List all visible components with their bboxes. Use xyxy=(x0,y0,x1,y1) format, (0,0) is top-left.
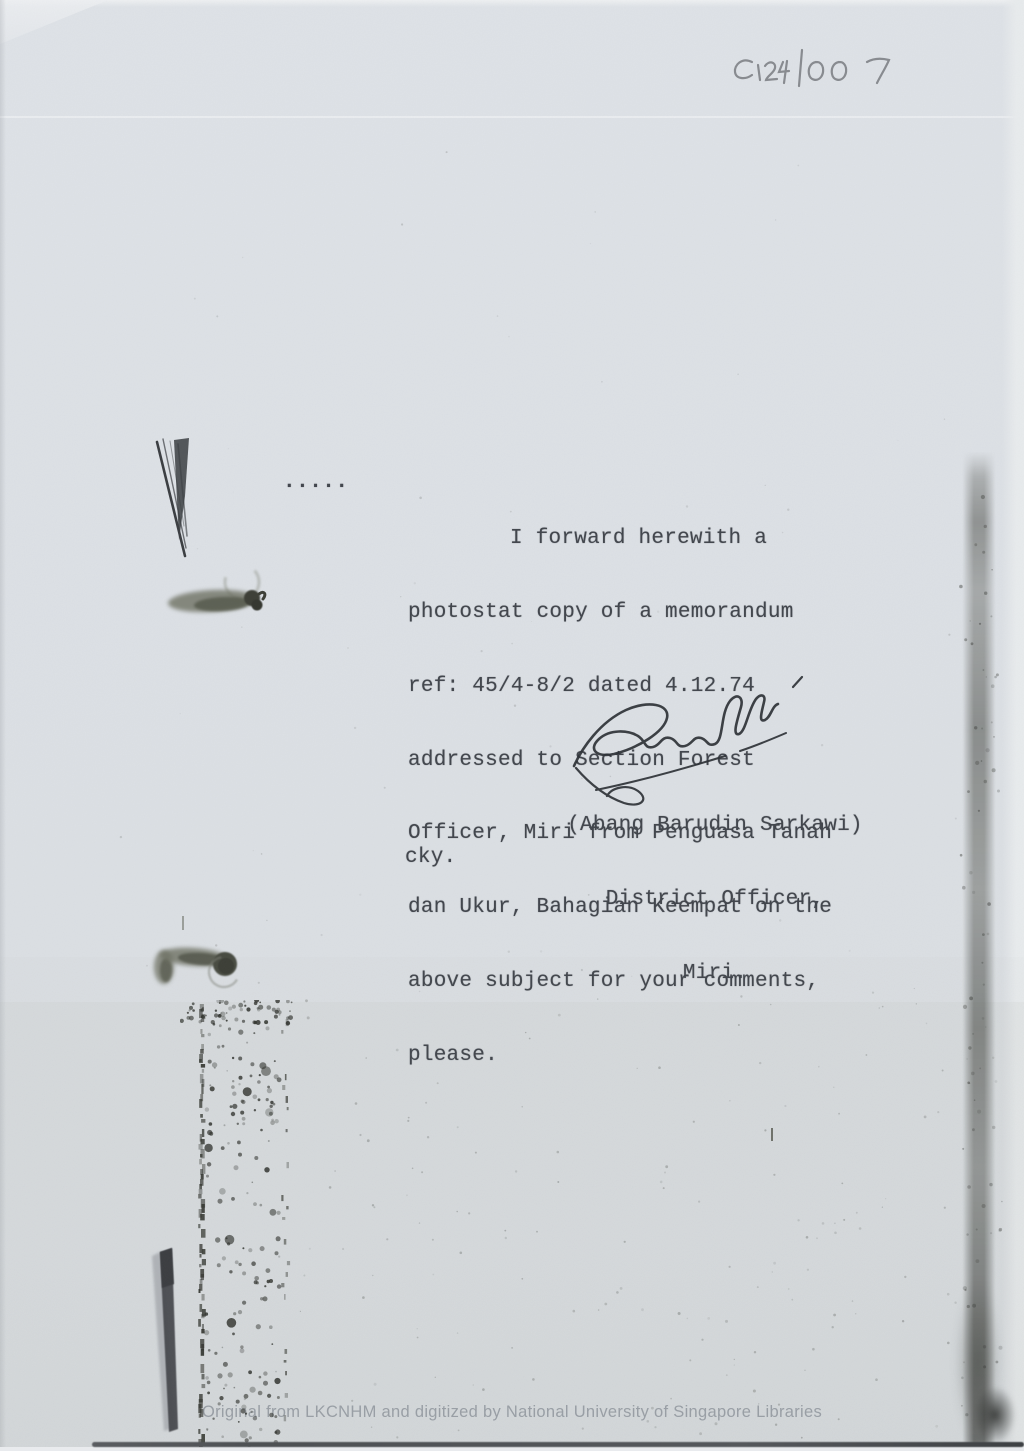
scanned-memorandum-page: ..... I forward herewith a photostat cop… xyxy=(0,0,1024,1451)
ink-smudge-upper xyxy=(160,556,280,626)
handwritten-reference xyxy=(725,45,905,95)
scan-edge-line xyxy=(92,1442,1024,1447)
paper-crease xyxy=(0,116,1024,118)
body-line: I forward herewith a xyxy=(408,527,832,552)
typist-initials: cky. xyxy=(405,846,456,871)
ink-smudge-lower xyxy=(146,934,258,996)
photocopy-speckle-band xyxy=(180,1000,298,1450)
typed-ellipsis: ..... xyxy=(283,471,349,496)
signatory-place: Miri. xyxy=(566,962,864,987)
signature-scribble xyxy=(560,670,820,820)
paper-top-edge xyxy=(0,0,1024,7)
signatory-title: District Officer, xyxy=(566,888,864,913)
wedge-ink-streak xyxy=(148,436,196,560)
scan-edge-strip xyxy=(0,1447,1024,1451)
body-line: please. xyxy=(408,1044,832,1069)
tapered-ink-bar xyxy=(144,1244,188,1440)
body-line: photostat copy of a memorandum xyxy=(408,601,832,626)
